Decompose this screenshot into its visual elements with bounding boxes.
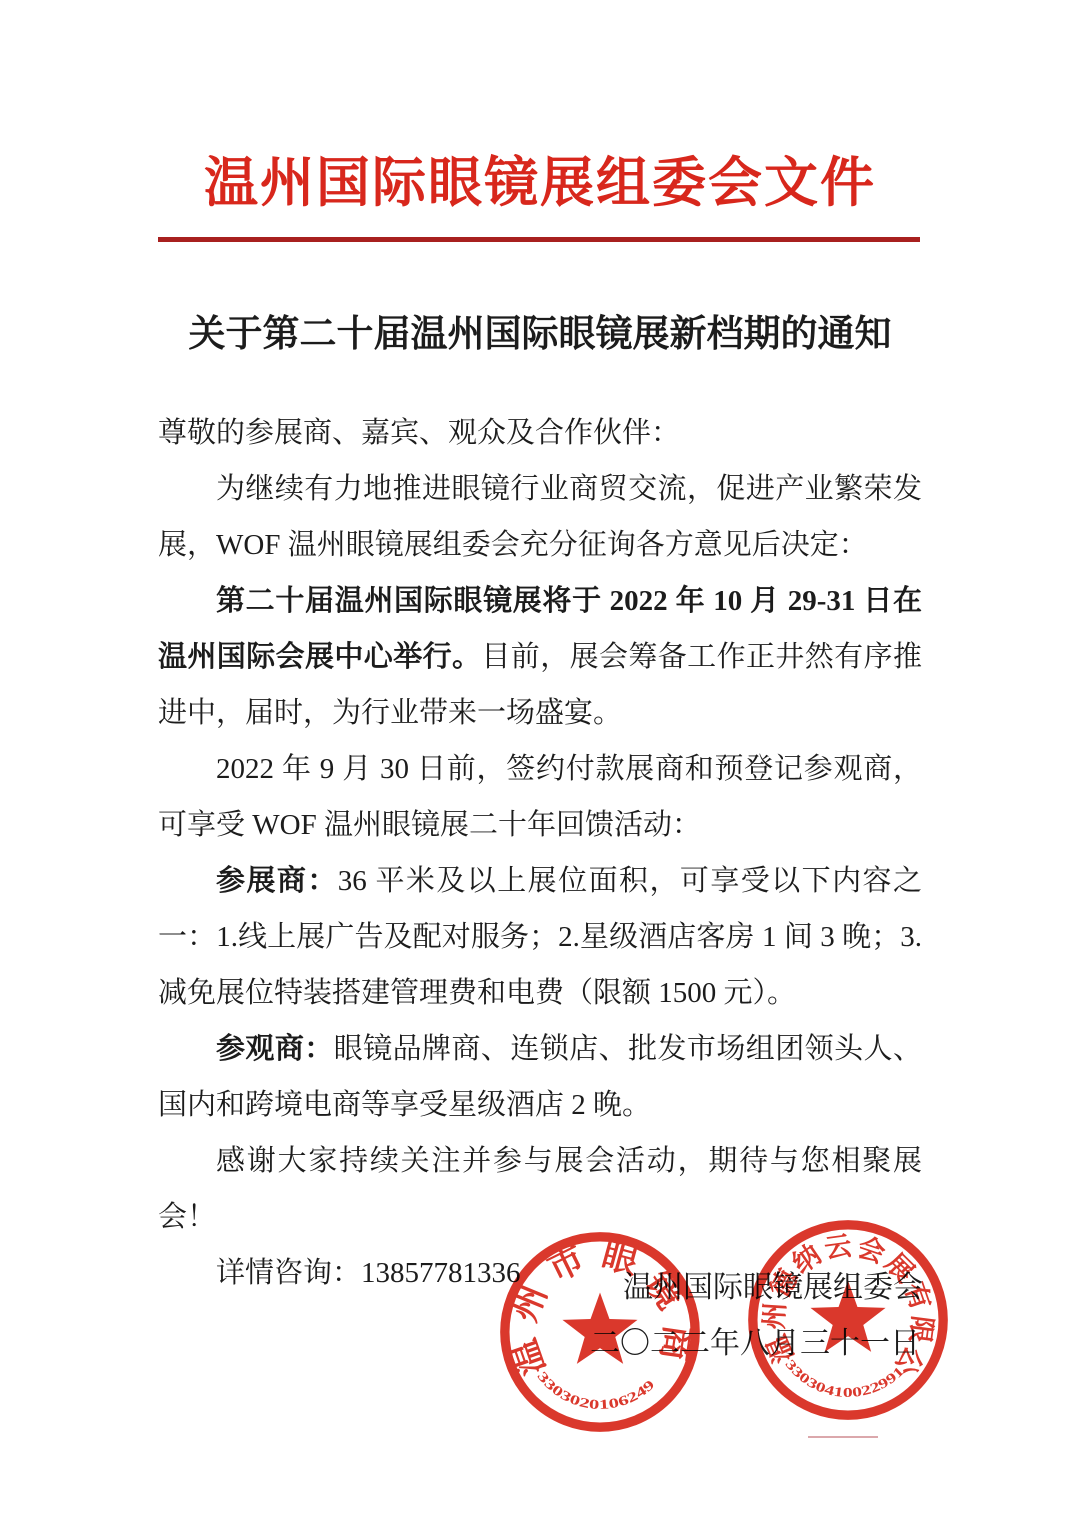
body-paragraph: 尊敬的参展商、嘉宾、观众及合作伙伴： <box>158 405 922 461</box>
document-body: 尊敬的参展商、嘉宾、观众及合作伙伴：为继续有力地推进眼镜行业商贸交流，促进产业繁… <box>158 405 922 1301</box>
document-title: 关于第二十届温州国际眼镜展新档期的通知 <box>0 303 1080 357</box>
body-text-segment: 尊敬的参展商、嘉宾、观众及合作伙伴： <box>158 417 680 449</box>
star-icon <box>810 1280 885 1351</box>
body-text-segment: 为继续有力地推进眼镜行业商贸交流，促进产业繁荣发展，WOF 温州眼镜展组委会充分… <box>158 473 922 561</box>
seal-graphic: 温州德纳云会展有限公司 33030410022991 <box>744 1216 952 1424</box>
letterhead-title: 温州国际眼镜展组委会文件 <box>0 140 1080 217</box>
letterhead-divider <box>158 237 920 242</box>
body-text-segment: 参展商： <box>216 865 338 897</box>
seal-optical-chamber: 温州市眼镜商会 3303020106249 <box>496 1228 704 1436</box>
body-paragraph: 第二十届温州国际眼镜展将于 2022 年 10 月 29-31 日在温州国际会展… <box>158 573 922 741</box>
seal-exhibition-company: 温州德纳云会展有限公司 33030410022991 <box>744 1216 952 1424</box>
seal-serial-number: 33030410022991 <box>782 1357 907 1400</box>
body-text-segment: 参观商： <box>216 1033 334 1065</box>
body-text-segment: 详情咨询：13857781336 <box>216 1257 521 1289</box>
seal-graphic: 温州市眼镜商会 3303020106249 <box>496 1228 704 1436</box>
seal-serial-number: 3303020106249 <box>534 1369 657 1413</box>
body-text-segment: 2022 年 9 月 30 日前，签约付款展商和预登记参观商，可享受 WOF 温… <box>158 753 922 841</box>
body-paragraph: 为继续有力地推进眼镜行业商贸交流，促进产业繁荣发展，WOF 温州眼镜展组委会充分… <box>158 461 922 573</box>
body-paragraph: 2022 年 9 月 30 日前，签约付款展商和预登记参观商，可享受 WOF 温… <box>158 741 922 853</box>
body-paragraph: 参展商：36 平米及以上展位面积，可享受以下内容之一：1.线上展广告及配对服务；… <box>158 853 922 1021</box>
star-icon <box>562 1292 637 1363</box>
body-paragraph: 参观商：眼镜品牌商、连锁店、批发市场组团领头人、国内和跨境电商等享受星级酒店 2… <box>158 1021 922 1133</box>
stamp-underline-mark <box>808 1436 878 1438</box>
notice-document-page: 温州国际眼镜展组委会文件 关于第二十届温州国际眼镜展新档期的通知 尊敬的参展商、… <box>0 0 1080 1526</box>
